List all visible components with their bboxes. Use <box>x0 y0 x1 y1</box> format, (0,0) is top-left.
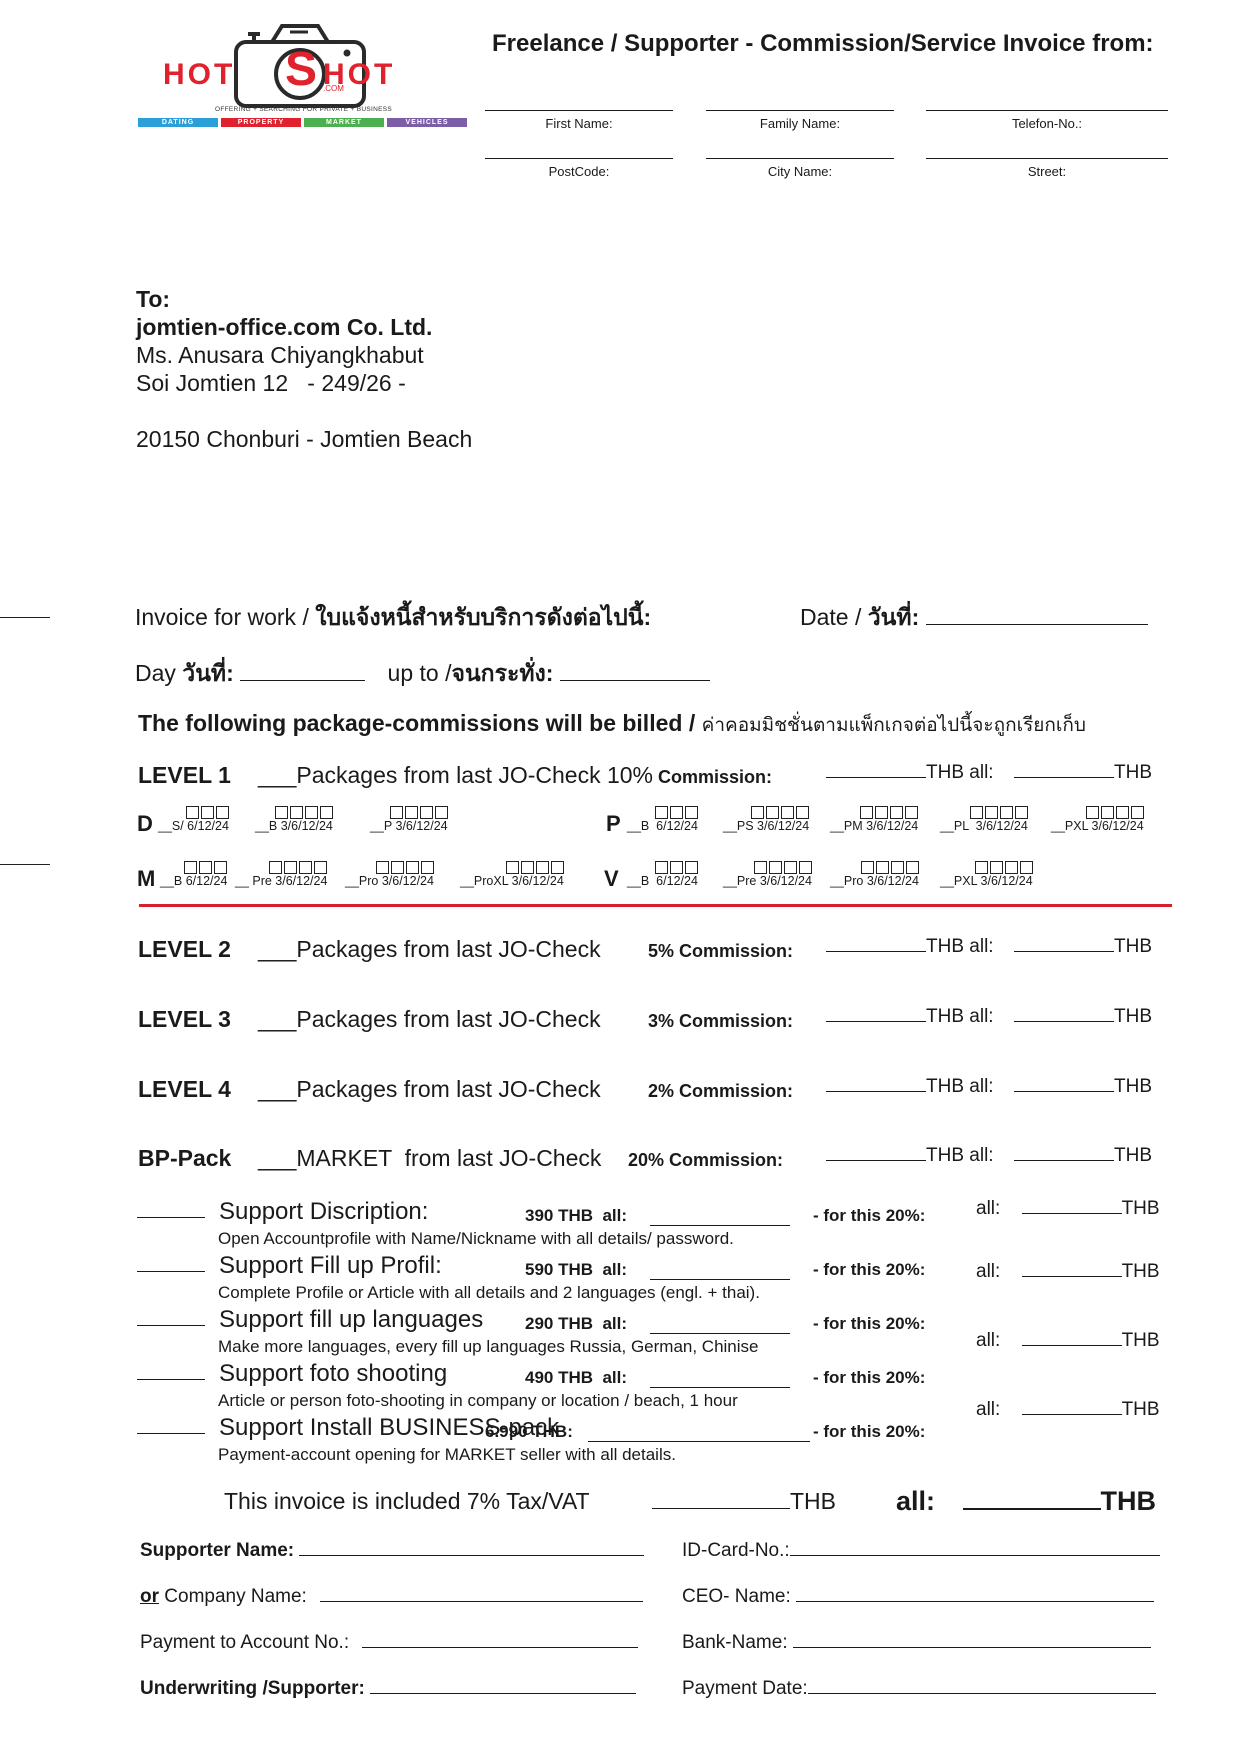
logo-tagline: OFFERING + SEARCHING FOR PRIVATE + BUSIN… <box>215 106 392 113</box>
ceo-name-label: CEO- Name: <box>682 1586 791 1607</box>
postcode-label: PostCode: <box>549 164 610 179</box>
service-title: Support Discription: <box>219 1198 428 1226</box>
account-no-input[interactable] <box>362 1647 638 1648</box>
supporter-name-field: Supporter Name: <box>140 1540 644 1562</box>
service-percent: - for this 20%: <box>813 1422 925 1442</box>
level-1-row: LEVEL 1___Packages from last JO-Check 10… <box>138 762 772 789</box>
commission-input[interactable] <box>826 951 926 952</box>
date-label: Date / <box>800 604 868 630</box>
level-text: ___Packages from last JO-Check <box>258 1006 648 1033</box>
commission-input[interactable] <box>826 1021 926 1022</box>
grand-total-thb: THB <box>1101 1486 1157 1516</box>
commission-input[interactable] <box>826 1091 926 1092</box>
group-m-letter: M <box>137 866 155 892</box>
service-total-1: all: THB <box>976 1198 1160 1220</box>
checkbox-label: __B 6/12/24 <box>160 874 227 888</box>
level-3-row: LEVEL 3___Packages from last JO-Check3% … <box>138 1006 793 1033</box>
level-text: ___Packages from last JO-Check 10% <box>258 762 653 788</box>
recipient-address: To: jomtien-office.com Co. Ltd. Ms. Anus… <box>136 285 472 453</box>
checkbox-group[interactable]: __S/ 6/12/24 <box>158 819 229 833</box>
thb-label: THB <box>1114 1145 1152 1166</box>
logo-category: DATING <box>138 118 218 127</box>
service-price: 590 THB all: <box>525 1260 627 1280</box>
account-no-label: Payment to Account No.: <box>140 1632 349 1653</box>
following-label-th: ค่าคอมมิชชั่นตามแพ็กเกจต่อไปนี้จะถูกเรีย… <box>702 715 1086 736</box>
date-input[interactable] <box>926 624 1148 625</box>
checkbox-label: __PM 3/6/12/24 <box>830 819 918 833</box>
checkbox-group[interactable]: __B 6/12/24 <box>627 819 698 833</box>
service-description: Payment-account opening for MARKET selle… <box>218 1445 676 1465</box>
all-label: all: <box>976 1399 1000 1420</box>
service-title: Support fill up languages <box>219 1306 483 1334</box>
bank-name-field: Bank-Name: <box>682 1632 1151 1654</box>
level-2-amounts: THB all: THB <box>826 936 1152 958</box>
checkbox-group[interactable]: __PXL 3/6/12/24 <box>1051 819 1144 833</box>
upto-input[interactable] <box>560 680 710 681</box>
thb-all-label: THB all: <box>926 1145 994 1166</box>
bp-pack-row: BP-Pack___MARKET from last JO-Check20% C… <box>138 1145 783 1172</box>
service-total-4: all: THB <box>976 1399 1160 1421</box>
service-total-input[interactable] <box>1022 1414 1122 1415</box>
thb-label: THB <box>1122 1261 1160 1282</box>
all-label: all: <box>976 1198 1000 1219</box>
service-qty-input[interactable] <box>137 1379 205 1380</box>
day-label-th: วันที่: <box>182 660 233 686</box>
commission-input[interactable] <box>826 777 926 778</box>
level-label: BP-Pack <box>138 1145 258 1172</box>
grand-total-label: all: <box>896 1486 935 1516</box>
grand-total-input[interactable] <box>963 1508 1101 1510</box>
ceo-name-field: CEO- Name: <box>682 1586 1154 1608</box>
commission-input[interactable] <box>826 1160 926 1161</box>
checkbox-group[interactable]: __ProXL 3/6/12/24 <box>460 874 564 888</box>
level-4-amounts: THB all: THB <box>826 1076 1152 1098</box>
following-heading: The following package-commissions will b… <box>138 710 1086 740</box>
level-3-amounts: THB all: THB <box>826 1006 1152 1028</box>
city-name-label: City Name: <box>768 164 832 179</box>
group-d-letter: D <box>137 811 153 837</box>
service-amount-input[interactable] <box>650 1264 790 1280</box>
logo-domain: .COM <box>323 84 344 93</box>
fold-mark <box>0 864 50 865</box>
service-description: Open Accountprofile with Name/Nickname w… <box>218 1229 734 1249</box>
service-qty-input[interactable] <box>137 1433 205 1434</box>
commission-label: 20% Commission: <box>628 1150 783 1170</box>
checkbox-group[interactable]: __B 6/12/24 <box>160 874 227 888</box>
thb-label: THB <box>1122 1330 1160 1351</box>
city-name-field[interactable]: City Name: <box>706 158 894 179</box>
period-row: Day วันที่: up to /จนกระทั่ง: <box>135 656 710 692</box>
payment-date-field: Payment Date: <box>682 1678 1156 1700</box>
checkbox-group[interactable]: __Pro 3/6/12/24 <box>830 874 919 888</box>
service-total-3: all: THB <box>976 1330 1160 1352</box>
service-total-input[interactable] <box>1022 1345 1122 1346</box>
recipient-contact: Ms. Anusara Chiyangkhabut <box>136 341 472 369</box>
checkbox-label: __PS 3/6/12/24 <box>723 819 809 833</box>
to-label: To: <box>136 285 472 313</box>
work-label-th: ใบแจ้งหนี้สำหรับบริการดังต่อไปนี้: <box>315 604 651 630</box>
service-title: Support foto shooting <box>219 1360 447 1388</box>
service-price: 390 THB all: <box>525 1206 627 1226</box>
checkbox-label: __ Pre 3/6/12/24 <box>235 874 327 888</box>
checkbox-label: __S/ 6/12/24 <box>158 819 229 833</box>
service-percent: - for this 20%: <box>813 1368 925 1388</box>
service-qty-input[interactable] <box>137 1325 205 1326</box>
commission-label: 3% Commission: <box>648 1011 793 1031</box>
bank-name-label: Bank-Name: <box>682 1632 788 1653</box>
grand-total-row: all: THB <box>896 1486 1156 1517</box>
underwriting-field: Underwriting /Supporter: <box>140 1678 636 1700</box>
service-amount-input[interactable] <box>650 1372 790 1388</box>
checkbox-group[interactable]: __B 3/6/12/24 <box>255 819 333 833</box>
checkbox-label: __B 3/6/12/24 <box>255 819 333 833</box>
company-name-input[interactable] <box>320 1601 643 1602</box>
checkbox-label: __ProXL 3/6/12/24 <box>460 874 564 888</box>
ceo-name-input[interactable] <box>796 1601 1154 1602</box>
logo-text-hot: HOT <box>163 58 235 92</box>
first-name-field[interactable]: First Name: <box>485 110 673 131</box>
all-label: all: <box>976 1261 1000 1282</box>
service-percent: - for this 20%: <box>813 1260 925 1280</box>
hotshot-logo: HOT S HOT .COM OFFERING + SEARCHING FOR … <box>135 20 475 135</box>
total-input[interactable] <box>1014 777 1114 778</box>
checkbox-label: __B 6/12/24 <box>627 819 698 833</box>
thb-label: THB <box>1114 1076 1152 1097</box>
vat-thb-label: THB <box>790 1488 836 1514</box>
checkbox-label: __PL 3/6/12/24 <box>940 819 1028 833</box>
logo-category: VEHICLES <box>387 118 467 127</box>
service-price: 6.990 THB: <box>485 1422 573 1442</box>
service-qty-input[interactable] <box>137 1217 205 1218</box>
commission-label: 5% Commission: <box>648 941 793 961</box>
all-label: all: <box>976 1330 1000 1351</box>
service-amount-input[interactable] <box>650 1210 790 1226</box>
payment-date-input[interactable] <box>808 1693 1156 1694</box>
logo-category: PROPERTY <box>221 118 301 127</box>
company-name-label: Company Name: <box>159 1586 307 1607</box>
level-label: LEVEL 1 <box>138 762 258 789</box>
checkbox-label: __P 3/6/12/24 <box>370 819 448 833</box>
group-p-letter: P <box>606 811 621 837</box>
street-field[interactable]: Street: <box>926 158 1168 179</box>
date-field: Date / วันที่: <box>800 600 1148 636</box>
checkbox-group[interactable]: __Pre 3/6/12/24 <box>723 874 812 888</box>
thb-label: THB <box>1122 1399 1160 1420</box>
total-input[interactable] <box>1014 951 1114 952</box>
recipient-city: 20150 Chonburi - Jomtien Beach <box>136 425 472 453</box>
level-label: LEVEL 2 <box>138 936 258 963</box>
thb-label: THB <box>1114 936 1152 957</box>
checkbox-label: __PXL 3/6/12/24 <box>940 874 1033 888</box>
day-input[interactable] <box>240 680 365 681</box>
bank-name-input[interactable] <box>793 1647 1151 1648</box>
thb-all-label: THB all: <box>926 936 994 957</box>
checkbox-label: __Pre 3/6/12/24 <box>723 874 812 888</box>
checkbox-group[interactable]: __B 6/12/24 <box>627 874 698 888</box>
service-price: 290 THB all: <box>525 1314 627 1334</box>
recipient-company: jomtien-office.com Co. Ltd. <box>136 313 472 341</box>
service-qty-input[interactable] <box>137 1271 205 1272</box>
level-text: ___Packages from last JO-Check <box>258 936 648 963</box>
thb-all-label: THB all: <box>926 1006 994 1027</box>
invoice-for-work: Invoice for work / ใบแจ้งหนี้สำหรับบริกา… <box>135 600 651 636</box>
commission-label: 2% Commission: <box>648 1081 793 1101</box>
service-total-input[interactable] <box>1022 1276 1122 1277</box>
following-label: The following package-commissions will b… <box>138 710 702 736</box>
checkbox-group[interactable]: __PXL 3/6/12/24 <box>940 874 1033 888</box>
level-2-row: LEVEL 2___Packages from last JO-Check5% … <box>138 936 793 963</box>
service-description: Complete Profile or Article with all det… <box>218 1283 760 1303</box>
supporter-name-label: Supporter Name: <box>140 1540 294 1561</box>
telefon-label: Telefon-No.: <box>1012 116 1082 131</box>
family-name-field[interactable]: Family Name: <box>706 110 894 131</box>
checkbox-group[interactable]: __Pro 3/6/12/24 <box>345 874 434 888</box>
service-percent: - for this 20%: <box>813 1206 925 1226</box>
section-divider <box>139 904 1172 907</box>
postcode-field[interactable]: PostCode: <box>485 158 673 179</box>
level-label: LEVEL 4 <box>138 1076 258 1103</box>
checkbox-label: __B 6/12/24 <box>627 874 698 888</box>
date-label-th: วันที่: <box>868 604 919 630</box>
first-name-label: First Name: <box>545 116 612 131</box>
level-label: LEVEL 3 <box>138 1006 258 1033</box>
payment-date-label: Payment Date: <box>682 1678 808 1699</box>
thb-all-label: THB all: <box>926 1076 994 1097</box>
checkbox-group[interactable]: __PS 3/6/12/24 <box>723 819 809 833</box>
id-card-label: ID-Card-No.: <box>682 1540 790 1561</box>
invoice-title: Freelance / Supporter - Commission/Servi… <box>492 30 1154 58</box>
service-title: Support Fill up Profil: <box>219 1252 442 1280</box>
underwriting-input[interactable] <box>370 1693 636 1694</box>
recipient-street: Soi Jomtien 12 - 249/26 - <box>136 369 472 397</box>
checkbox-label: __Pro 3/6/12/24 <box>830 874 919 888</box>
thb-label: THB <box>1122 1198 1160 1219</box>
work-label: Invoice for work / <box>135 604 315 630</box>
service-price: 490 THB all: <box>525 1368 627 1388</box>
street-label: Street: <box>1028 164 1066 179</box>
service-total-input[interactable] <box>1022 1213 1122 1214</box>
underwriting-label: Underwriting /Supporter: <box>140 1678 365 1699</box>
service-amount-input[interactable] <box>588 1426 810 1442</box>
upto-label: up to / <box>388 660 452 686</box>
logo-text-s: S <box>285 42 317 97</box>
id-card-field: ID-Card-No.: <box>682 1540 1160 1562</box>
checkbox-group[interactable]: __PM 3/6/12/24 <box>830 819 918 833</box>
telefon-field[interactable]: Telefon-No.: <box>926 110 1168 131</box>
total-input[interactable] <box>1014 1160 1114 1161</box>
thb-label: THB <box>1114 1006 1152 1027</box>
account-no-field: Payment to Account No.: <box>140 1632 638 1654</box>
fold-mark <box>0 617 50 618</box>
supporter-name-input[interactable] <box>299 1555 644 1556</box>
level-4-row: LEVEL 4___Packages from last JO-Check2% … <box>138 1076 793 1103</box>
level-text: ___Packages from last JO-Check <box>258 1076 648 1103</box>
checkbox-group[interactable]: __P 3/6/12/24 <box>370 819 448 833</box>
vat-row: This invoice is included 7% Tax/VATTHB <box>224 1488 836 1515</box>
or-label: or <box>140 1586 159 1607</box>
vat-amount-input[interactable] <box>652 1508 790 1509</box>
day-label: Day <box>135 660 182 686</box>
checkbox-label: __Pro 3/6/12/24 <box>345 874 434 888</box>
logo-category: MARKET <box>304 118 384 127</box>
commission-label: Commission: <box>653 767 772 787</box>
group-v-letter: V <box>604 866 619 892</box>
checkbox-label: __PXL 3/6/12/24 <box>1051 819 1144 833</box>
checkbox-group[interactable]: __ Pre 3/6/12/24 <box>235 874 327 888</box>
bp-pack-amounts: THB all: THB <box>826 1145 1152 1167</box>
service-total-2: all: THB <box>976 1261 1160 1283</box>
logo-categories: DATING PROPERTY MARKET VEHICLES <box>138 118 467 127</box>
family-name-label: Family Name: <box>760 116 840 131</box>
total-input[interactable] <box>1014 1021 1114 1022</box>
service-percent: - for this 20%: <box>813 1314 925 1334</box>
level-text: ___MARKET from last JO-Check <box>258 1145 628 1172</box>
service-amount-input[interactable] <box>650 1318 790 1334</box>
upto-label-th: จนกระทั่ง: <box>451 660 553 686</box>
service-description: Article or person foto-shooting in compa… <box>218 1391 738 1411</box>
vat-text: This invoice is included 7% Tax/VAT <box>224 1488 652 1515</box>
checkbox-group[interactable]: __PL 3/6/12/24 <box>940 819 1028 833</box>
id-card-input[interactable] <box>790 1555 1160 1556</box>
company-name-field: or Company Name: <box>140 1586 643 1608</box>
level-1-amounts: THB all: THB <box>826 762 1152 784</box>
service-description: Make more languages, every fill up langu… <box>218 1337 759 1357</box>
total-input[interactable] <box>1014 1091 1114 1092</box>
thb-all-label: THB all: <box>926 762 994 783</box>
thb-label: THB <box>1114 762 1152 783</box>
